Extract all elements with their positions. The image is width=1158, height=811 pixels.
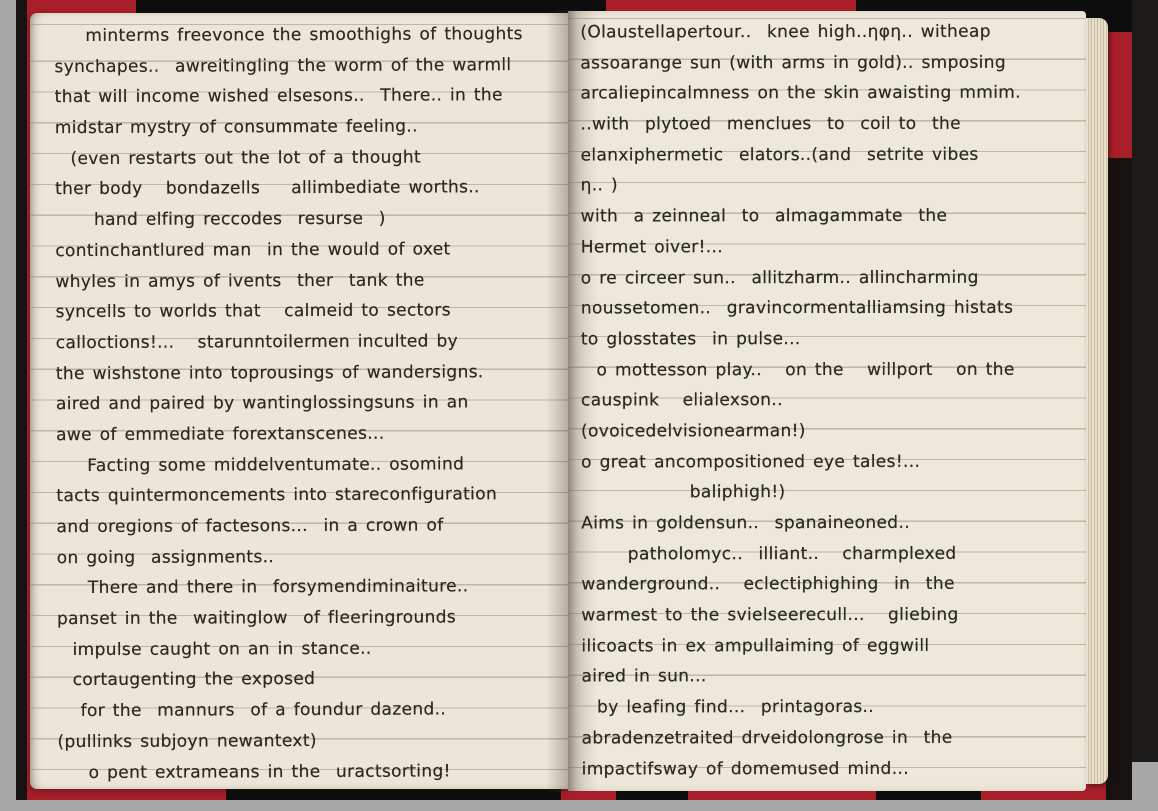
handwritten-line: o mottesson play.. on the willport on th…	[581, 354, 1086, 386]
handwritten-line: Facting some middelventumate.. osomind	[56, 449, 566, 482]
page-edge-stack	[1086, 18, 1108, 784]
handwritten-line: hand elfing reccodes resurse )	[55, 203, 565, 236]
handwritten-line: tacts quintermoncements into stareconfig…	[56, 479, 566, 512]
handwritten-line: o re circeer sun.. allitzharm.. allincha…	[581, 262, 1086, 294]
handwritten-line: wanderground.. eclectiphighing in the	[581, 569, 1086, 601]
handwritten-line: ..with plytoed menclues to coil to the	[580, 109, 1085, 141]
handwritten-line: by leafing find... printagoras..	[582, 692, 1087, 724]
handwritten-line: η.. )	[581, 170, 1086, 202]
cover-right-edge	[1106, 158, 1132, 800]
scan-shadow-column	[1132, 0, 1158, 762]
handwritten-line: awe of emmediate forextanscenes...	[56, 418, 566, 451]
right-page-handwriting: (Olaustellapertour.. knee high..ηφη.. wi…	[580, 17, 1086, 785]
handwritten-line: (Olaustellapertour.. knee high..ηφη.. wi…	[580, 17, 1085, 49]
handwritten-line: synchapes.. awreitingling the worm of th…	[54, 50, 564, 83]
handwritten-line: (pullinks subjoyn newantext)	[57, 725, 567, 758]
handwritten-line: cortaugenting the exposed	[57, 663, 567, 696]
handwritten-line: baliphigh!)	[581, 477, 1086, 509]
handwritten-line: syncells to worlds that calmeid to secto…	[56, 295, 566, 328]
handwritten-line: ther body bondazells allimbediate worths…	[55, 172, 565, 205]
handwritten-line: warmest to the svielseerecull... gliebin…	[581, 600, 1086, 632]
handwritten-line: patholomyc.. illiant.. charmplexed	[581, 538, 1086, 570]
handwritten-line: that will income wished elsesons.. There…	[55, 80, 565, 113]
handwritten-line: to glosstates in pulse...	[581, 323, 1086, 355]
handwritten-line: aired in sun...	[581, 661, 1086, 693]
handwritten-line: calloctions!... starunntoilermen inculte…	[56, 326, 566, 359]
handwritten-line: assoarange sun (with arms in gold).. smp…	[580, 47, 1085, 79]
left-page-handwriting: minterms freevonce the smoothighs of tho…	[54, 19, 567, 788]
handwritten-line: o pent extrameans in the uractsorting!	[58, 755, 568, 788]
cover-left-edge	[16, 0, 27, 800]
handwritten-line: and oregions of factesons... in a crown …	[56, 510, 566, 543]
handwritten-line: Hermet oiver!...	[581, 231, 1086, 263]
handwritten-line: impulse caught on an in stance..	[57, 633, 567, 666]
right-page: (Olaustellapertour.. knee high..ηφη.. wi…	[568, 11, 1086, 791]
handwritten-line: with a zeinneal to almagammate the	[581, 201, 1086, 233]
handwritten-line: whyles in amys of ivents ther tank the	[55, 264, 565, 297]
left-page: minterms freevonce the smoothighs of tho…	[30, 13, 568, 789]
handwritten-line: noussetomen.. gravincormentalliamsing hi…	[581, 293, 1086, 325]
handwritten-line: minterms freevonce the smoothighs of tho…	[54, 19, 564, 52]
notebook-scan: minterms freevonce the smoothighs of tho…	[0, 0, 1158, 811]
handwritten-line: elanxiphermetic elators..(and setrite vi…	[581, 139, 1086, 171]
handwritten-line: for the mannurs of a foundur dazend..	[57, 694, 567, 727]
handwritten-line: midstar mystry of consummate feeling..	[55, 111, 565, 144]
handwritten-line: There and there in forsymendiminaiture..	[57, 571, 567, 604]
handwritten-line: arcaliepincalmness on the skin awaisting…	[580, 78, 1085, 110]
handwritten-line: (ovoicedelvisionearman!)	[581, 415, 1086, 447]
handwritten-line: on going assignments..	[57, 541, 567, 574]
handwritten-line: panset in the waitinglow of fleeringroun…	[57, 602, 567, 635]
handwritten-line: continchantlured man in the would of oxe…	[55, 234, 565, 267]
handwritten-line: o great ancompositioned eye tales!...	[581, 446, 1086, 478]
handwritten-line: impactifsway of domemused mind...	[582, 753, 1087, 785]
handwritten-line: the wishstone into toprousings of wander…	[56, 356, 566, 389]
handwritten-line: Aims in goldensun.. spanaineoned..	[581, 508, 1086, 540]
handwritten-line: aired and paired by wantinglossingsuns i…	[56, 387, 566, 420]
handwritten-line: (even restarts out the lot of a thought	[55, 142, 565, 175]
handwritten-line: abradenzetraited drveidolongrose in the	[582, 722, 1087, 754]
handwritten-line: causpink elialexson..	[581, 385, 1086, 417]
handwritten-line: ilicoacts in ex ampullaiming of eggwill	[581, 630, 1086, 662]
